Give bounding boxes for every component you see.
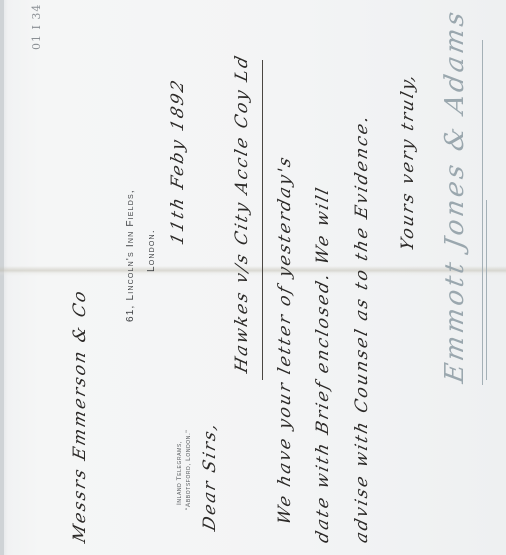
fold-line	[0, 266, 506, 276]
letterhead-city: London.	[146, 229, 157, 272]
letter-date: 11th Feby 1892	[168, 76, 188, 247]
body-line-3: advise with Counsel as to the Evidence.	[352, 112, 372, 545]
addressee: Messrs Emmerson & Co	[70, 287, 90, 545]
body-line-1: We have your letter of yesterday's	[275, 153, 295, 527]
letterhead-address: 61, Lincoln's Inn Fields,	[125, 189, 136, 322]
telegram-label: Inland Telegrams,	[176, 441, 183, 505]
signature-underline	[482, 40, 483, 385]
letter-page: 01 I 34 61, Lincoln's Inn Fields, London…	[0, 0, 506, 555]
salutation: Dear Sirs,	[200, 419, 220, 533]
body-line-2: date with Brief enclosed. We will	[313, 184, 333, 545]
subject-line: Hawkes v/s City Accle Coy Ld	[232, 52, 252, 375]
archive-mark: 01 I 34	[30, 4, 43, 50]
signature-underline-2	[486, 200, 487, 380]
paper-edge	[0, 0, 4, 555]
closing: Yours very truly,	[398, 71, 418, 253]
signature: Emmott Jones & Adams	[440, 7, 470, 386]
subject-underline	[262, 60, 263, 380]
telegram-address: "Abbotsford, London."	[185, 430, 192, 510]
